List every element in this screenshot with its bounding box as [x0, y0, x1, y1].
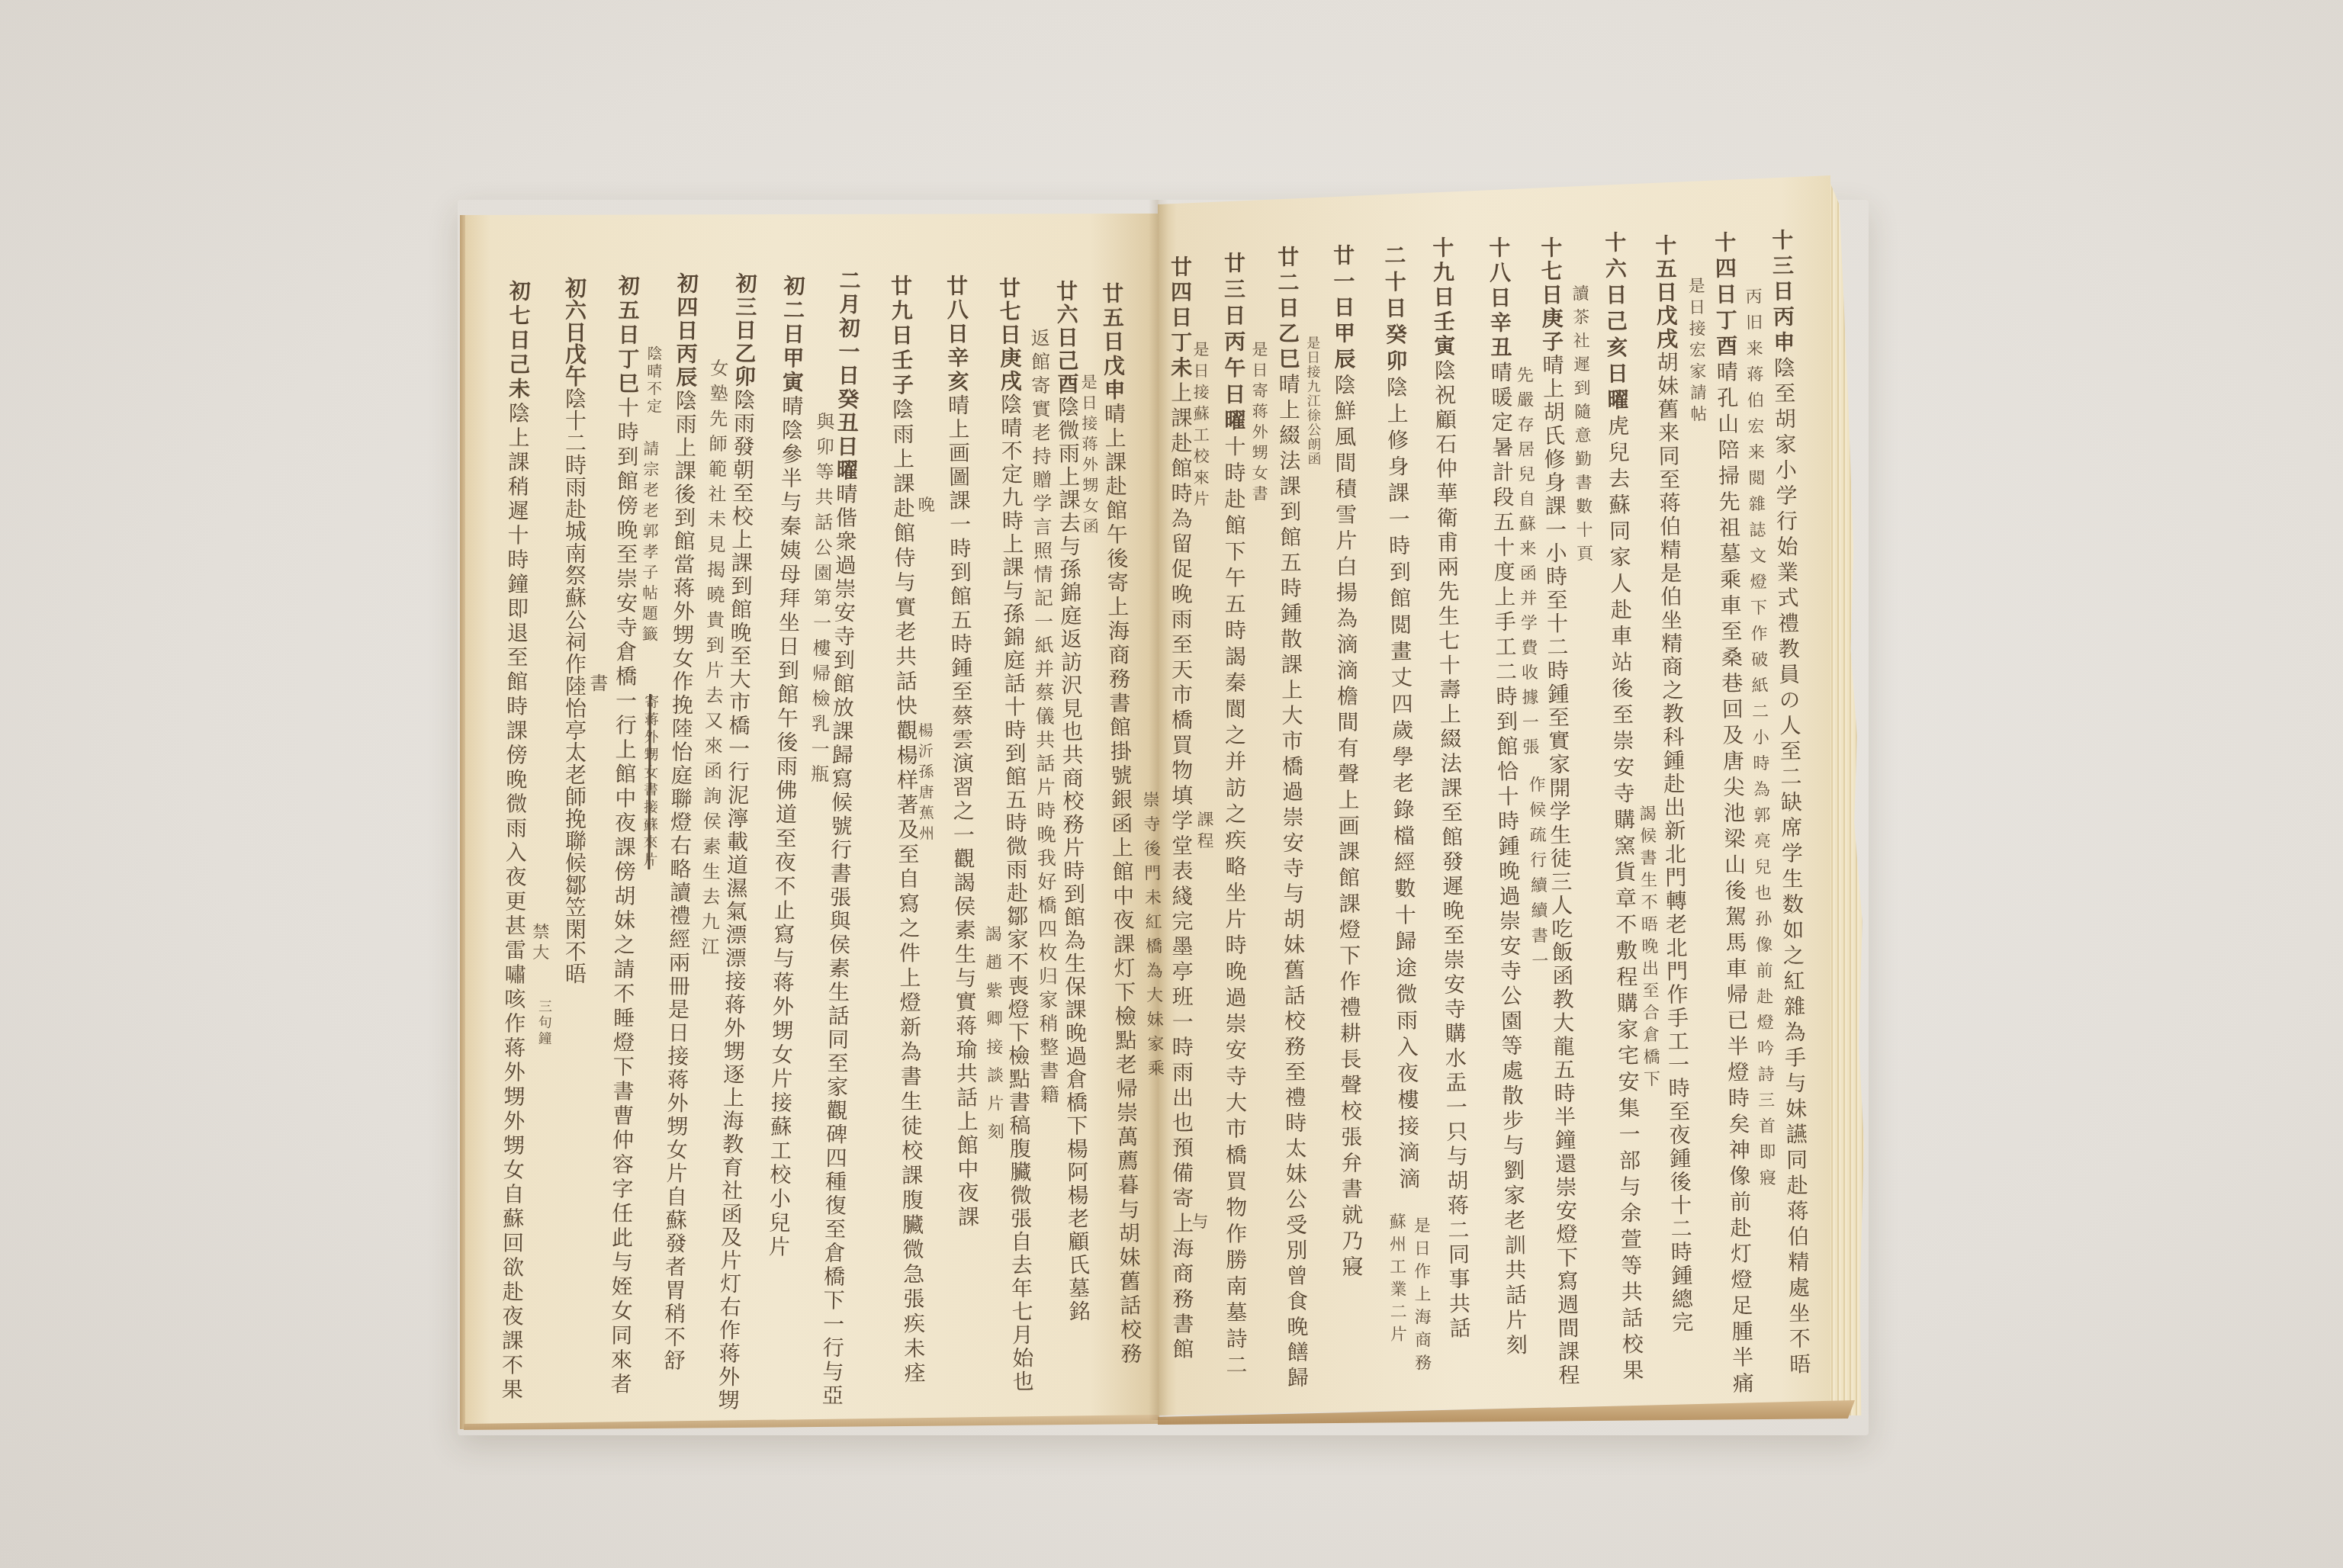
margin-note: 是日接蘇工校來片: [1192, 341, 1208, 512]
margin-note: 謁候書生不晤晚出至合倉橋下: [1638, 805, 1659, 1092]
margin-note: 謁趙紫卿接談片刻: [983, 925, 1003, 1151]
margin-note: 陰晴不定: [645, 345, 661, 416]
margin-note: 晚: [916, 496, 933, 512]
diary-entry-column: 初五日丁巳十時到館傍晚至崇安寺倉橋一行上館中夜課傍胡妹之請不睡燈下書曹仲容字任此…: [609, 275, 638, 1397]
entry-date: 廿七日庚戌: [996, 277, 1023, 394]
margin-note: 是日接蒋外甥女函: [1080, 374, 1098, 538]
margin-note: 是日作上海商務: [1412, 1216, 1430, 1377]
margin-note: 是日接宏家請帖: [1686, 277, 1705, 426]
entry-date: 初六日戊午: [562, 277, 587, 387]
entry-date: 廿三日丙午日曜: [1221, 252, 1246, 435]
entry-date: 初七日己未: [506, 280, 532, 402]
margin-note: 是日接九江徐公朗函: [1305, 336, 1319, 466]
margin-note: 楊沂孫唐蕉州: [917, 722, 934, 846]
entry-date: 十八日辛丑: [1486, 236, 1513, 361]
margin-note: 課程: [1195, 811, 1212, 853]
entry-date: 廿二日乙巳: [1274, 246, 1300, 373]
margin-note: 蘇州工業二片: [1387, 1213, 1406, 1348]
entry-date: 廿六日己酉: [1053, 280, 1080, 396]
diary-entry-column: 廿三日丙午日曜十時赴館下午五時謁秦閬之并訪之疾略坐片時晚過崇安寺大市橋買物作勝南…: [1223, 252, 1246, 1380]
entry-date: 二月初一日癸丑日曜: [834, 269, 862, 483]
entry-date: 廿九日壬子: [888, 275, 914, 398]
diary-entry-column: 初七日己未陰上課稍遲十時鐘即退至館時課傍晚微雨入夜更甚雷嘯咳作蒋外甥外甥女自蘇回…: [500, 280, 529, 1403]
entry-date: 廿五日戊申: [1099, 282, 1127, 403]
entry-date: 初二日甲寅: [779, 275, 806, 395]
entry-date: 十九日壬寅: [1429, 236, 1457, 359]
margin-note: 崇寺後門未紅橋為大妹家乘: [1141, 791, 1163, 1084]
entry-date: 十四日丁酉: [1711, 231, 1739, 361]
left-page-edge: [460, 215, 466, 1429]
margin-note: 三句鐘: [537, 999, 551, 1047]
margin-note: 請宗老老郭孝子帖題籤: [641, 440, 658, 646]
margin-note: 讀茶社遲到隨意勤書數十頁: [1570, 284, 1592, 568]
entry-date: 十五日戊戌: [1652, 234, 1679, 352]
entry-date: 初三日乙卯: [731, 272, 758, 389]
entry-date: 廿四日丁未: [1168, 255, 1193, 381]
entry-text: 十時赴館下午五時謁秦閬之并訪之疾略坐片時晚過崇安寺大市橋買物作勝南墓詩二: [1221, 435, 1248, 1380]
entry-date: 初四日丙辰: [673, 272, 699, 390]
entry-date: 二十日癸卯: [1381, 244, 1409, 376]
margin-note: 與卯等共話公園第一樓帰檢乳一瓶: [808, 412, 833, 789]
margin-note: 禁大: [531, 923, 548, 964]
margin-note: 書: [588, 673, 606, 692]
margin-note: 与: [1190, 1213, 1207, 1229]
entry-date: 十六日己亥日曜: [1602, 231, 1630, 415]
struck-out-note: 寄蒋外甥女書接蘇來片: [641, 694, 657, 869]
margin-note: 是日寄蒋外甥女書: [1251, 341, 1267, 506]
diary-entry-column: 廿四日丁未上課赴館時為留促晚雨至天市橋買物填学堂表綫完墨亭班一時雨出也預備寄上海…: [1169, 255, 1193, 1363]
diary-entry-column: 初六日戊午陰十二時雨赴城南祭蘇公祠作陸怡亭太老師挽聯候鄒笠閑不晤: [564, 277, 585, 985]
entry-date: 廿八日辛亥: [943, 275, 970, 394]
entry-text: 陰十二時雨赴城南祭蘇公祠作陸怡亭太老師挽聯候鄒笠閑不晤: [562, 387, 587, 985]
entry-date: 十七日庚子: [1538, 236, 1564, 354]
entry-date: 初五日丁巳: [615, 275, 641, 397]
margin-note: 作候疏行續續書一: [1527, 776, 1547, 977]
entry-date: 十三日丙申: [1769, 229, 1796, 357]
entry-date: 廿一日甲辰: [1330, 244, 1356, 374]
